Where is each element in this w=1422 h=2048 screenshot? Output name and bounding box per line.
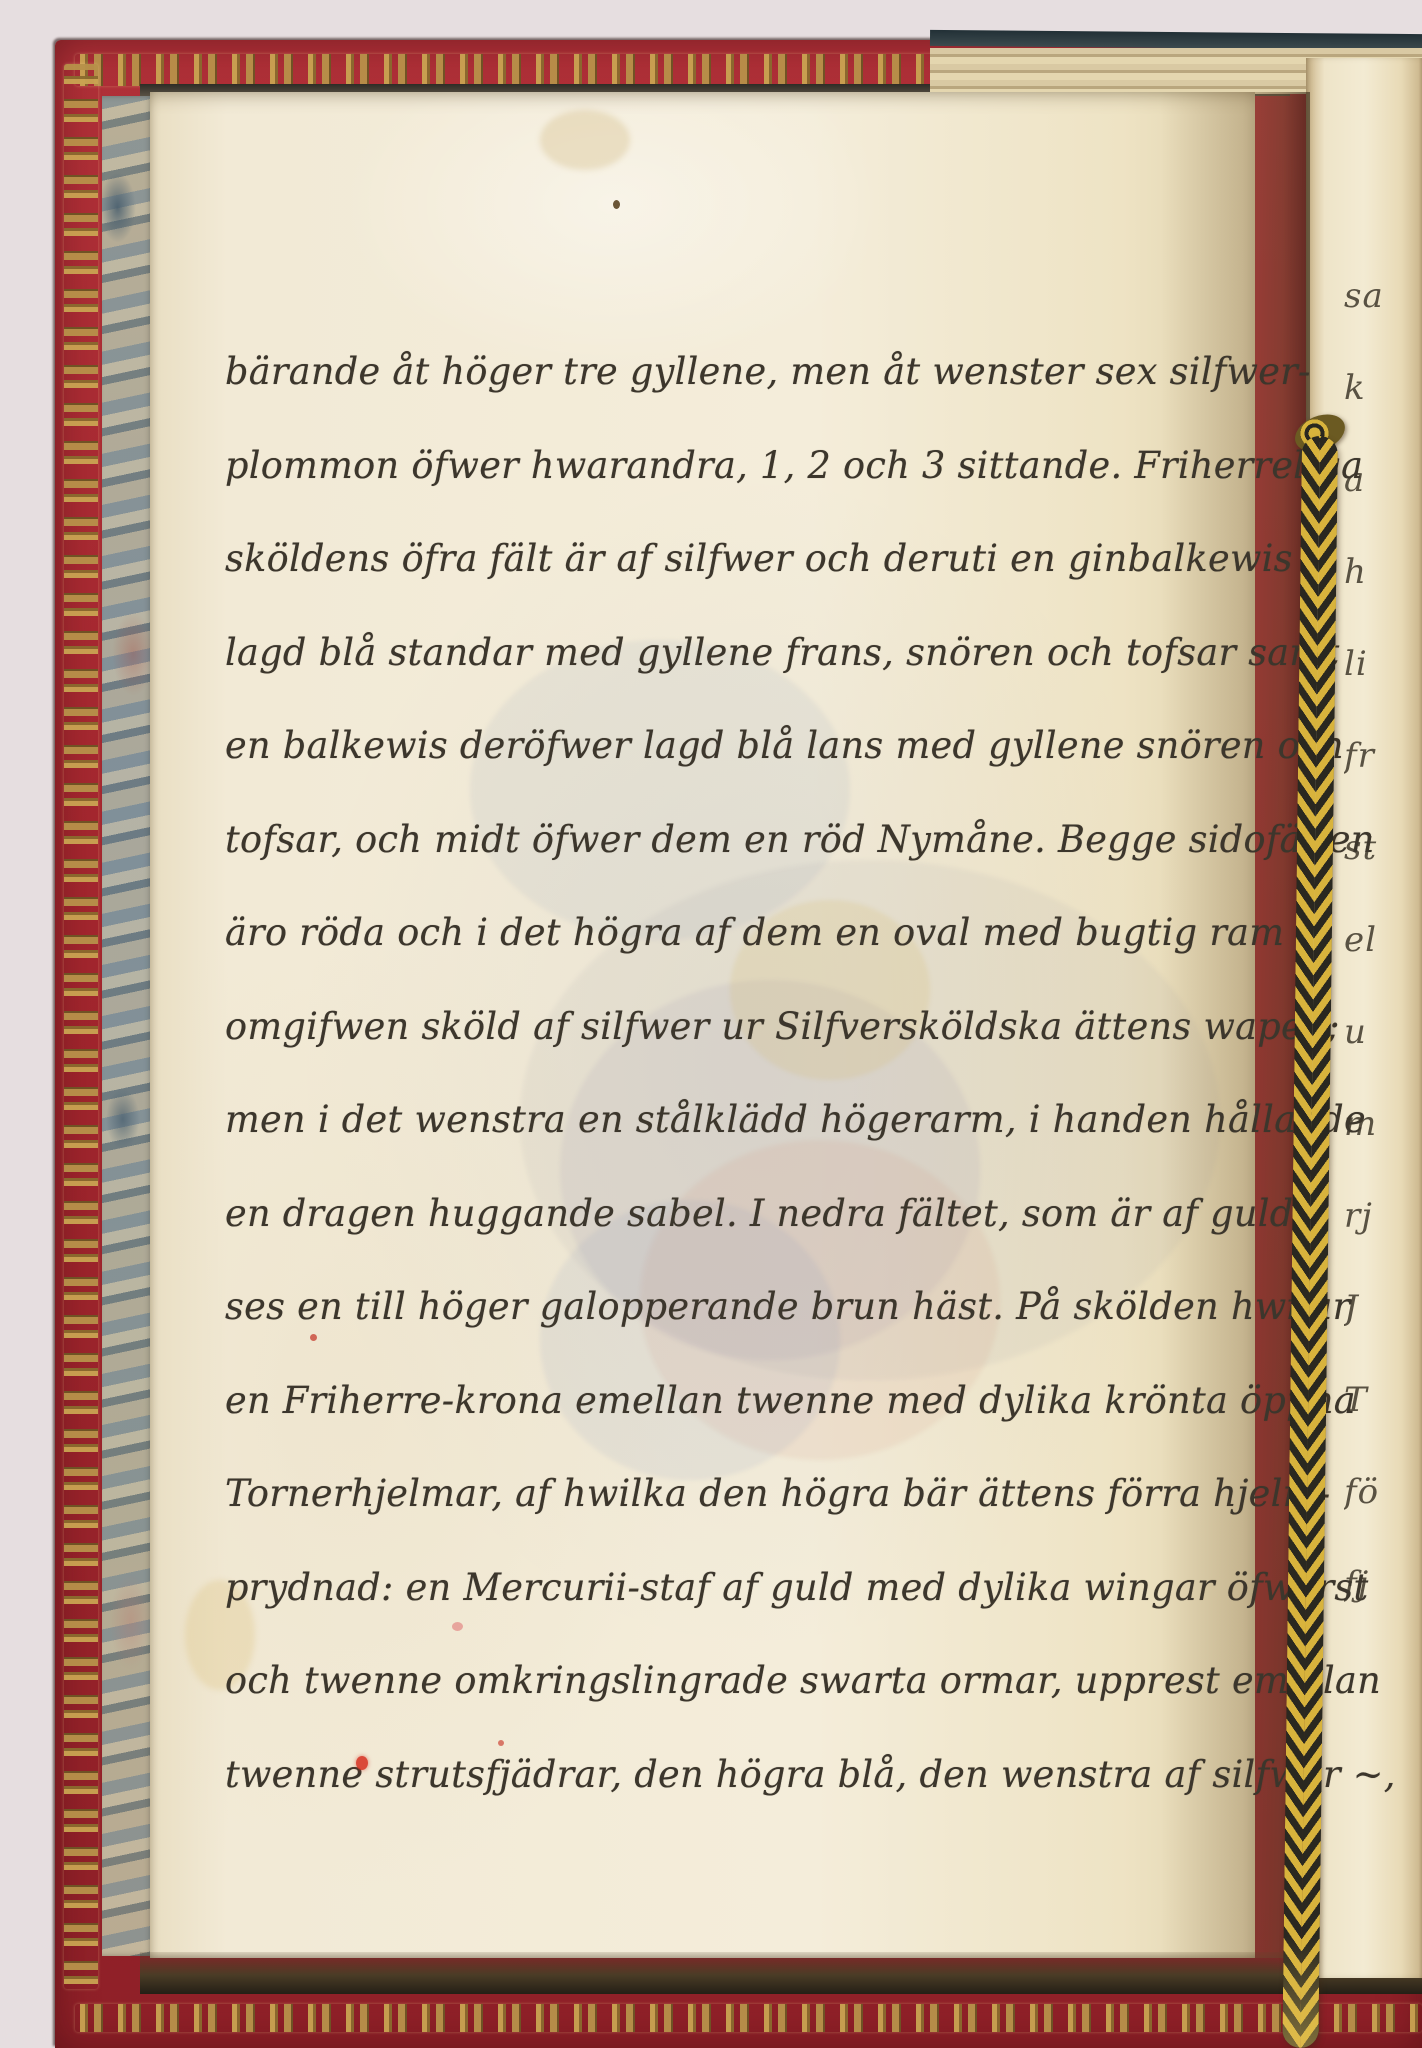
edge-fragment: sa xyxy=(1344,250,1422,342)
manuscript-text: bärande åt höger tre gyllene, men åt wen… xyxy=(225,325,1265,1821)
manuscript-line: bärande åt höger tre gyllene, men åt wen… xyxy=(225,325,1255,419)
gilt-border-bottom xyxy=(75,2004,1422,2032)
manuscript-line: tofsar, och midt öfwer dem en röd Nymåne… xyxy=(225,793,1255,887)
parchment-stain xyxy=(540,110,630,170)
manuscript-line: ses en till höger galopperande brun häst… xyxy=(225,1260,1255,1354)
red-ink-speck xyxy=(310,1334,317,1341)
edge-fragment: u xyxy=(1344,986,1422,1078)
edge-fragment: rj xyxy=(1344,1170,1422,1262)
manuscript-line: en Friherre-krona emellan twenne med dyl… xyxy=(225,1354,1255,1448)
edge-fragment: el xyxy=(1344,894,1422,986)
manuscript-line: äro röda och i det högra af dem en oval … xyxy=(225,886,1255,980)
edge-fragment: li xyxy=(1344,618,1422,710)
manuscript-line: omgifwen sköld af silfwer ur Silfversköl… xyxy=(225,980,1255,1074)
edge-fragment: fr xyxy=(1344,710,1422,802)
manuscript-line: prydnad: en Mercurii-staf af guld med dy… xyxy=(225,1541,1255,1635)
red-ink-speck xyxy=(356,1756,368,1770)
page-bottom-shadow-edge xyxy=(140,1952,1422,1994)
manuscript-line: sköldens öfra fält är af silfwer och der… xyxy=(225,512,1255,606)
manuscript-line: och twenne omkringslingrade swarta ormar… xyxy=(225,1634,1255,1728)
cord-tail-highlight xyxy=(1282,1936,1319,2048)
edge-fragment: J xyxy=(1344,1262,1422,1354)
red-ink-speck xyxy=(452,1622,463,1631)
edge-fragment: fö xyxy=(1344,1446,1422,1538)
marbled-endpaper xyxy=(102,96,154,1956)
manuscript-line: men i det wenstra en stålklädd högerarm,… xyxy=(225,1073,1255,1167)
red-ink-speck xyxy=(498,1740,504,1746)
manuscript-line: en balkewis deröfwer lagd blå lans med g… xyxy=(225,699,1255,793)
manuscript-line: Tornerhjelmar, af hwilka den högra bär ä… xyxy=(225,1447,1255,1541)
manuscript-line: lagd blå standar med gyllene frans, snör… xyxy=(225,606,1255,700)
manuscript-line: plommon öfwer hwarandra, 1, 2 och 3 sitt… xyxy=(225,419,1255,513)
edge-fragment: T xyxy=(1344,1354,1422,1446)
scanned-manuscript-page: bärande åt höger tre gyllene, men åt wen… xyxy=(0,0,1422,2048)
manuscript-line: twenne strutsfjädrar, den högra blå, den… xyxy=(225,1728,1255,1822)
gilt-border-left xyxy=(64,64,98,1989)
edge-fragment: k xyxy=(1344,342,1422,434)
edge-fragment: h xyxy=(1344,526,1422,618)
ink-fleck xyxy=(613,200,620,209)
manuscript-line: en dragen huggande sabel. I nedra fältet… xyxy=(225,1167,1255,1261)
gilt-border-top xyxy=(75,54,955,86)
